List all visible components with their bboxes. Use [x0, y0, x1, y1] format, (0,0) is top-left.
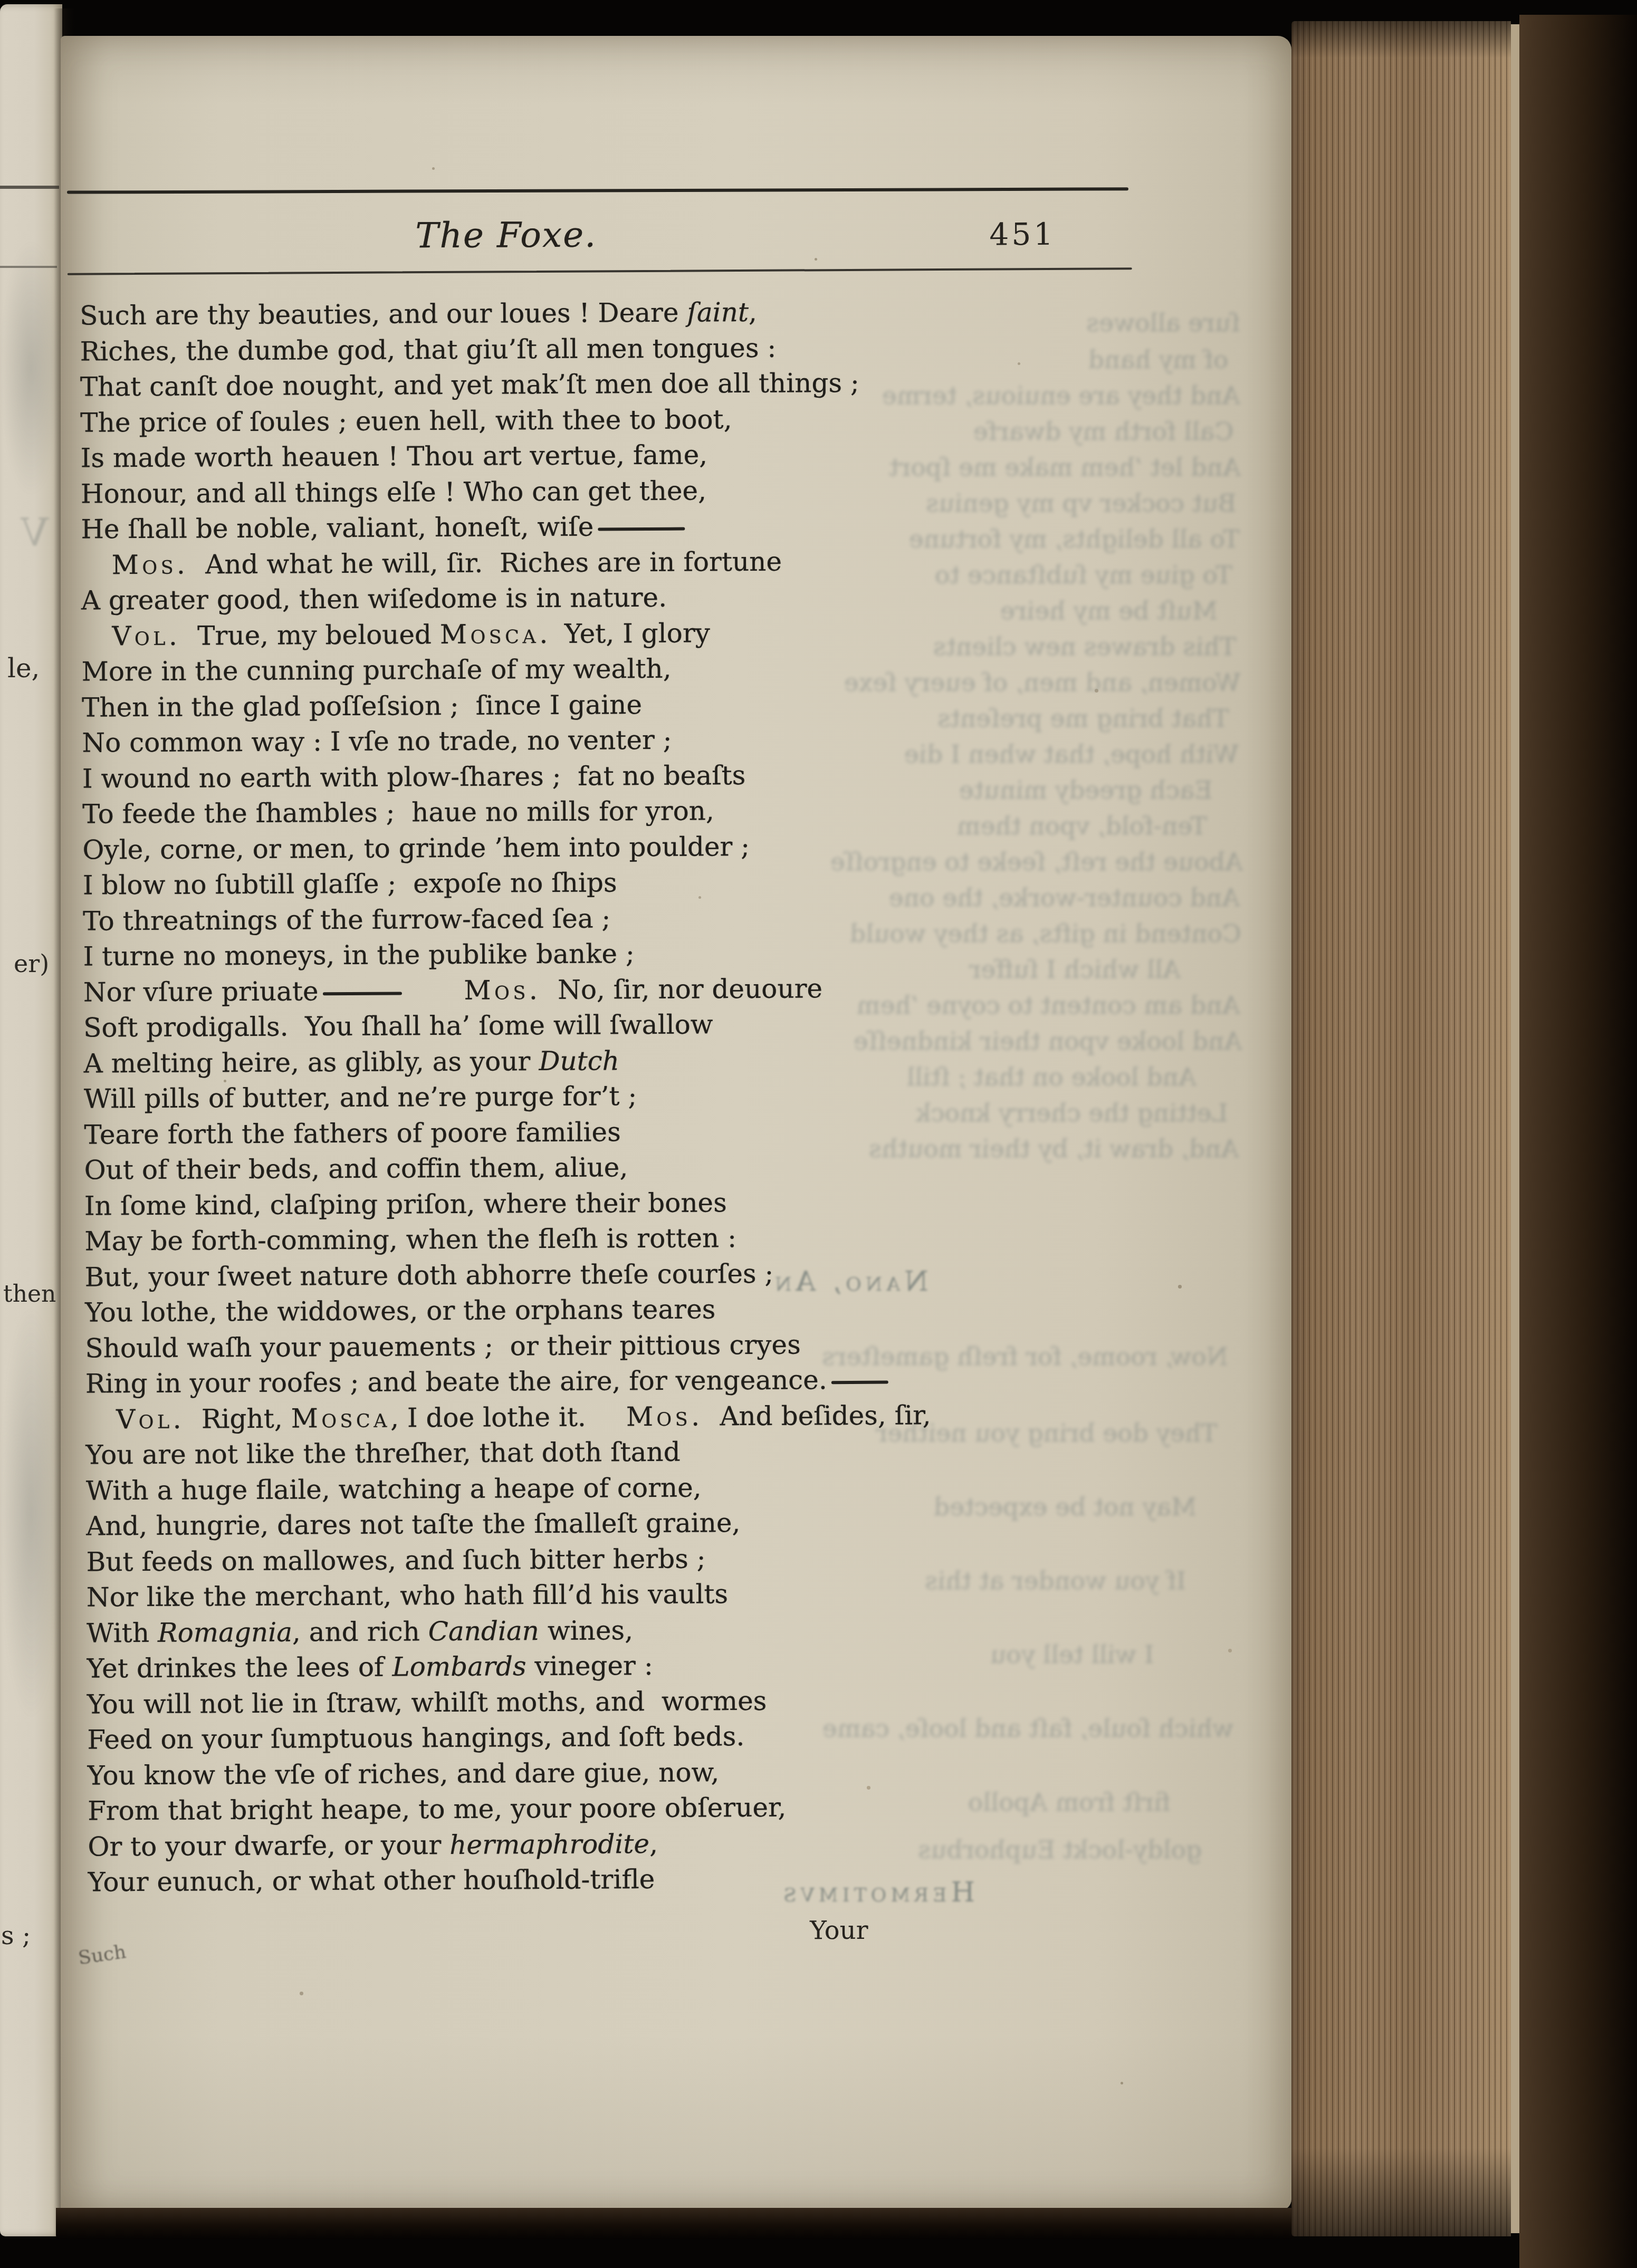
poem-line: Teare forth the fathers of poore familie…	[84, 1112, 1023, 1153]
poem-text: Riches, the dumbe god, that giu’ſt all m…	[80, 332, 776, 367]
poem-text: He ſhall be noble, valiant, honeſt, wiſe	[81, 511, 593, 544]
poem-line: I wound no earth with plow-ſhares ; fat …	[82, 756, 1021, 797]
poem-text: I wound no earth with plow-ſhares ; fat …	[82, 760, 746, 794]
italic-text: Candian	[428, 1616, 539, 1647]
poem-text: To feede the ſhambles ; haue no mills fo…	[82, 795, 714, 829]
poem-text: Feed on your ſumptuous hangings, and ſof…	[87, 1721, 744, 1755]
poem-text: Then in the glad poſſeſsion ; ſince I ga…	[82, 689, 642, 723]
poem-line: With Romagnia, and rich Candian wines,	[87, 1611, 1026, 1651]
poem-text: That canſt doe nought, and yet mak’ſt me…	[80, 368, 859, 402]
poem-text: With a huge flaile, watching a heape of …	[86, 1472, 702, 1506]
poem-text: Yet drinkes the lees of	[87, 1652, 392, 1684]
italic-text: Romagnia	[158, 1617, 292, 1648]
small-caps-name: Vol.	[116, 1404, 185, 1435]
poem-text: I turne no moneys, in the publike banke …	[83, 938, 635, 972]
poem-line: You lothe, the widdowes, or the orphans …	[85, 1290, 1024, 1331]
printed-dash-rule	[323, 992, 402, 995]
poem-text: May be forth-comming, when the fleſh is …	[84, 1223, 736, 1256]
poem-text: wines,	[539, 1615, 633, 1646]
poem-text: In ſome kind, claſping priſon, where the…	[84, 1187, 727, 1221]
poem-line: Such are thy beauties, and our loues ! D…	[80, 293, 1019, 334]
poem-line: But feeds on mallowes, and ſuch bitter h…	[86, 1540, 1025, 1580]
poem-text: vineger :	[526, 1650, 653, 1681]
poem-line: I blow no ſubtill glaſſe ; expoſe no ſhi…	[83, 863, 1022, 904]
gutter-fragment: er)	[14, 949, 49, 978]
poem-text: Such are thy beauties, and our loues ! D…	[80, 297, 687, 331]
poem-text: The price of ſoules ; euen hell, with th…	[80, 404, 732, 438]
header-rule-bottom	[68, 267, 1132, 275]
italic-text: Lombards	[392, 1651, 526, 1682]
poem-line: No common way : I vſe no trade, no vente…	[82, 720, 1021, 761]
poem-text: And, hungrie, dares not taſte the ſmalle…	[86, 1507, 740, 1541]
poem-text: Out of their beds, and coffin them, aliu…	[84, 1152, 628, 1185]
printed-area: The Foxe. 451 Such are thy beauties, and…	[60, 33, 1302, 2213]
poem-line: And, hungrie, dares not taſte the ſmalle…	[86, 1504, 1025, 1544]
poem-text: True, my beloued	[180, 619, 440, 651]
poem-text: Nor vſure priuate	[83, 976, 319, 1007]
poem-text: From that bright heape, to me, your poor…	[88, 1792, 786, 1827]
poem-text: Will pills of butter, and ne’re purge fo…	[84, 1081, 637, 1114]
fore-edge-pages	[1291, 21, 1511, 2236]
text-block: Such are thy beauties, and our loues ! D…	[80, 293, 1027, 1900]
poem-text: You will not lie in ſtraw, whilſt moths,…	[87, 1685, 767, 1719]
poem-line: Is made worth heauen ! Thou art vertue, …	[80, 436, 1019, 476]
poem-line: Or to your dwarfe, or your hermaphrodite…	[88, 1824, 1027, 1865]
cover-board	[1519, 15, 1637, 2268]
mid-line-gap	[406, 999, 464, 1000]
poem-line: I turne no moneys, in the publike banke …	[83, 934, 1022, 975]
poem-line: Your eunuch, or what other houſhold-trif…	[88, 1860, 1027, 1900]
poem-line: Nor vſure priuateMos. No, ſir, nor deuou…	[83, 970, 1022, 1011]
poem-text: Your eunuch, or what other houſhold-trif…	[88, 1864, 655, 1898]
poem-line: Ring in your roofes ; and beate the aire…	[85, 1361, 1025, 1402]
poem-text: , I doe lothe it.	[390, 1401, 595, 1433]
book-page: ſure allowesof my handAnd they are enuio…	[61, 36, 1291, 2210]
poem-line: Vol. Right, Mosca, I doe lothe it. Mos. …	[85, 1397, 1025, 1438]
page-number: 451	[989, 216, 1056, 253]
small-caps-name: Mos.	[464, 975, 541, 1006]
poem-text: Nor like the merchant, who hath fill’d h…	[87, 1579, 729, 1612]
poem-text: Honour, and all things elſe ! Who can ge…	[81, 475, 706, 509]
poem-text: With	[87, 1617, 158, 1648]
poem-line: To feede the ſhambles ; haue no mills fo…	[82, 792, 1021, 832]
poem-line: From that bright heape, to me, your poor…	[88, 1789, 1027, 1829]
poem-text: But feeds on mallowes, and ſuch bitter h…	[86, 1543, 705, 1577]
small-caps-name: Mos.	[112, 549, 189, 580]
poem-line: May be forth-comming, when the fleſh is …	[84, 1219, 1023, 1260]
poem-text: Is made worth heauen ! Thou art vertue, …	[80, 439, 707, 473]
poem-line: Nor like the merchant, who hath fill’d h…	[87, 1575, 1026, 1616]
poem-line: More in the cunning purchaſe of my wealt…	[82, 649, 1021, 690]
header-rule-top	[67, 187, 1128, 194]
poem-line: That canſt doe nought, and yet mak’ſt me…	[80, 364, 1019, 405]
poem-line: A melting heire, as glibly, as your Dutc…	[83, 1041, 1022, 1082]
poem-text: More in the cunning purchaſe of my wealt…	[82, 654, 672, 687]
book-photo: le,er)then iss ;V ſure allowesof my hand…	[0, 0, 1637, 2268]
poem-text: Ring in your roofes ; and beate the aire…	[85, 1364, 827, 1399]
poem-line: Will pills of butter, and ne’re purge fo…	[84, 1077, 1023, 1117]
poem-line: With a huge flaile, watching a heape of …	[86, 1468, 1025, 1509]
poem-text: Or to your dwarfe, or your	[88, 1829, 449, 1862]
poem-line: In ſome kind, claſping priſon, where the…	[84, 1184, 1023, 1224]
small-caps-name: Vol.	[112, 620, 180, 651]
poem-line: Feed on your ſumptuous hangings, and ſof…	[87, 1717, 1026, 1758]
poem-text: No common way : I vſe no trade, no vente…	[82, 725, 672, 758]
poem-text: A greater good, then wiſedome is in natu…	[81, 582, 667, 616]
poem-line: Vol. True, my beloued Mosca. Yet, I glor…	[81, 614, 1020, 655]
facing-page-sliver: le,er)then iss ;V	[0, 4, 62, 2236]
poem-text: You know the vſe of riches, and dare giu…	[88, 1757, 720, 1791]
poem-line: To threatnings of the furrow-faced ſea ;	[83, 899, 1022, 939]
gutter-fragment: V	[21, 511, 49, 555]
gutter-fragment: le,	[7, 653, 40, 684]
small-caps-name: Mosca	[440, 619, 540, 650]
printed-dash-rule	[598, 527, 685, 531]
poem-text: But, your ſweet nature doth abhorre theſ…	[85, 1258, 774, 1292]
poem-line: Yet drinkes the lees of Lombards vineger…	[87, 1646, 1026, 1687]
poem-text: You are not like the threſher, that doth…	[85, 1437, 680, 1471]
printed-dash-rule	[831, 1381, 888, 1385]
poem-text: And what he will, ſir. Riches are in for…	[188, 546, 782, 580]
poem-line: Mos. And what he will, ſir. Riches are i…	[81, 543, 1020, 583]
running-title: The Foxe.	[415, 214, 597, 256]
poem-text: You lothe, the widdowes, or the orphans …	[85, 1294, 716, 1328]
catchword: Your	[810, 1916, 868, 1946]
gutter-fragment: s ;	[1, 1921, 31, 1950]
poem-text: No, ſir, nor deuoure	[541, 973, 822, 1005]
poem-line: Honour, and all things elſe ! Who can ge…	[81, 472, 1020, 512]
poem-text: , and rich	[292, 1616, 428, 1647]
poem-text: A melting heire, as glibly, as your	[83, 1046, 539, 1079]
facing-page-rule-top	[0, 186, 59, 189]
poem-text: Oyle, corne, or men, to grinde ’hem into…	[82, 831, 750, 865]
poem-text: Soft prodigalls. You ſhall ha’ ſome will…	[83, 1009, 713, 1043]
poem-text: ,	[649, 1828, 658, 1859]
small-caps-name: Mos.	[626, 1401, 703, 1432]
poem-text: Teare forth the fathers of poore familie…	[84, 1117, 621, 1150]
poem-text: ,	[749, 297, 757, 328]
poem-line: A greater good, then wiſedome is in natu…	[81, 578, 1020, 619]
italic-text: ſaint	[687, 297, 749, 328]
poem-line: But, your ſweet nature doth abhorre theſ…	[85, 1255, 1024, 1295]
poem-line: You will not lie in ſtraw, whilſt moths,…	[87, 1682, 1026, 1723]
italic-text: Dutch	[539, 1045, 619, 1077]
poem-text: I blow no ſubtill glaſſe ; expoſe no ſhi…	[83, 867, 617, 900]
poem-text: To threatnings of the furrow-faced ſea ;	[83, 903, 610, 936]
poem-text: Right,	[185, 1403, 291, 1434]
ornament-showthrough	[0, 1307, 62, 1718]
poem-line: Should waſh your pauements ; or their pi…	[85, 1326, 1024, 1367]
page-bottom-edge	[56, 2208, 1298, 2240]
poem-text: Should waſh your pauements ; or their pi…	[85, 1329, 801, 1363]
small-caps-name: Mosca	[291, 1402, 390, 1434]
poem-line: Soft prodigalls. You ſhall ha’ ſome will…	[83, 1005, 1022, 1046]
poem-line: The price of ſoules ; euen hell, with th…	[80, 400, 1019, 441]
poem-line: Out of their beds, and coffin them, aliu…	[84, 1148, 1023, 1188]
poem-line: Oyle, corne, or men, to grinde ’hem into…	[82, 828, 1021, 868]
poem-line: You are not like the threſher, that doth…	[85, 1433, 1025, 1473]
poem-line: You know the vſe of riches, and dare giu…	[88, 1753, 1027, 1794]
poem-line: He ſhall be noble, valiant, honeſt, wiſe	[81, 507, 1020, 547]
poem-line: Riches, the dumbe god, that giu’ſt all m…	[80, 329, 1019, 370]
italic-text: hermaphrodite	[449, 1828, 649, 1860]
fore-edge-light-band	[1511, 24, 1519, 2233]
poem-text: . Yet, I glory	[539, 618, 710, 649]
ornament-showthrough	[0, 242, 62, 495]
poem-line: Then in the glad poſſeſsion ; ſince I ga…	[82, 685, 1021, 726]
poem-text: And beſides, ſir,	[703, 1400, 931, 1431]
